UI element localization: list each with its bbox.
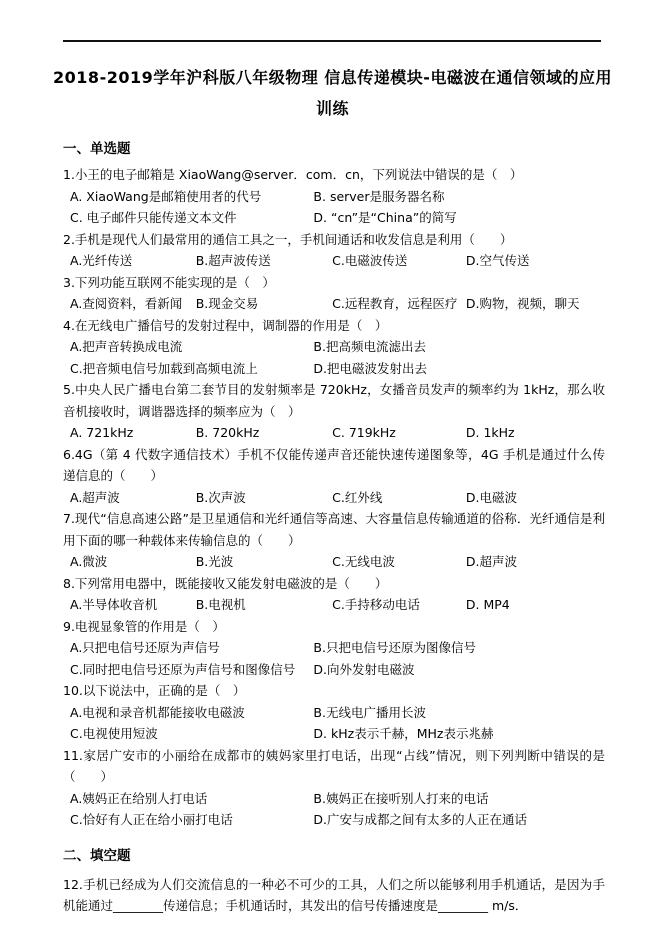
question-text: 9.电视显象管的作用是（ ）: [63, 616, 605, 638]
option-d: D.超声波: [466, 551, 605, 573]
option-c: C. 电子邮件只能传递文本文件: [70, 207, 313, 229]
question-text: 7.现代“信息高速公路”是卫星通信和光纤通信等高速、大容量信息传输通道的俗称．光…: [63, 508, 605, 551]
question-text: 8.下列常用电器中，既能接收又能发射电磁波的是（ ）: [63, 573, 605, 595]
option-a: A.光纤传送: [70, 250, 196, 272]
question-5: 5.中央人民广播电台第二套节目的发射频率是 720kHz，女播音员发声的频率约为…: [63, 379, 605, 444]
question-6: 6.4G（第 4 代数字通信技术）手机不仅能传递声音还能快速传递图象等，4G 手…: [63, 444, 605, 509]
question-options: A. XiaoWang是邮箱使用者的代号B. server是服务器名称C. 电子…: [63, 186, 605, 229]
option-a: A.查阅资料，看新闻: [70, 293, 196, 315]
option-c: C. 719kHz: [332, 422, 466, 444]
fill-questions: 12.手机已经成为人们交流信息的一种必不可少的工具，人们之所以能够利用手机通话，…: [63, 874, 605, 917]
option-b: B.姨妈正在接听别人打来的电话: [313, 788, 605, 810]
option-c: C.手持移动电话: [332, 594, 466, 616]
option-d: D.空气传送: [466, 250, 605, 272]
document-content: 一、单选题 1.小王的电子邮箱是 XiaoWang@server．com．cn，…: [0, 139, 661, 917]
question-4: 4.在无线电广播信号的发射过程中，调制器的作用是（ ）A.把声音转换成电流B.把…: [63, 315, 605, 380]
option-c: C.无线电波: [332, 551, 466, 573]
question-text: 3.下列功能互联网不能实现的是（ ）: [63, 272, 605, 294]
question-options: A.姨妈正在给别人打电话B.姨妈正在接听别人打来的电话C.恰好有人正在给小丽打电…: [63, 788, 605, 831]
option-a: A. XiaoWang是邮箱使用者的代号: [70, 186, 313, 208]
option-b: B.电视机: [196, 594, 332, 616]
question-12: 12.手机已经成为人们交流信息的一种必不可少的工具，人们之所以能够利用手机通话，…: [63, 874, 605, 917]
question-options: A.半导体收音机B.电视机C.手持移动电话D. MP4: [63, 594, 605, 616]
option-b: B.次声波: [196, 487, 332, 509]
option-b: B.无线电广播用长波: [313, 702, 605, 724]
option-b: B. 720kHz: [196, 422, 332, 444]
option-d: D.购物，视频，聊天: [466, 293, 605, 315]
option-a: A. 721kHz: [70, 422, 196, 444]
question-text: 5.中央人民广播电台第二套节目的发射频率是 720kHz，女播音员发声的频率约为…: [63, 379, 605, 422]
page-title: 2018-2019学年沪科版八年级物理 信息传递模块-电磁波在通信领域的应用训练: [46, 62, 619, 124]
option-c: C.同时把电信号还原为声信号和图像信号: [70, 659, 313, 681]
option-a: A.姨妈正在给别人打电话: [70, 788, 313, 810]
question-9: 9.电视显象管的作用是（ ）A.只把电信号还原为声信号B.只把电信号还原为图像信…: [63, 616, 605, 681]
option-b: B.现金交易: [196, 293, 332, 315]
question-1: 1.小王的电子邮箱是 XiaoWang@server．com．cn，下列说法中错…: [63, 164, 605, 229]
option-a: A.只把电信号还原为声信号: [70, 637, 313, 659]
option-b: B.只把电信号还原为图像信号: [313, 637, 605, 659]
question-text: 11.家居广安市的小丽给在成都市的姨妈家里打电话，出现“占线”情况，则下列判断中…: [63, 745, 605, 788]
option-a: A.超声波: [70, 487, 196, 509]
option-c: C.红外线: [332, 487, 466, 509]
question-options: A.电视和录音机都能接收电磁波B.无线电广播用长波C.电视使用短波D. kHz表…: [63, 702, 605, 745]
option-d: D. MP4: [466, 594, 605, 616]
header-rule: [63, 40, 601, 42]
question-text: 10.以下说法中，正确的是（ ）: [63, 680, 605, 702]
option-d: D. kHz表示千赫，MHz表示兆赫: [313, 723, 605, 745]
question-options: A. 721kHzB. 720kHzC. 719kHzD. 1kHz: [63, 422, 605, 444]
option-b: B.光波: [196, 551, 332, 573]
option-d: D.电磁波: [466, 487, 605, 509]
choice-questions: 1.小王的电子邮箱是 XiaoWang@server．com．cn，下列说法中错…: [63, 164, 605, 831]
question-text: 1.小王的电子邮箱是 XiaoWang@server．com．cn，下列说法中错…: [63, 164, 605, 186]
question-7: 7.现代“信息高速公路”是卫星通信和光纤通信等高速、大容量信息传输通道的俗称．光…: [63, 508, 605, 573]
question-options: A.查阅资料，看新闻B.现金交易C.远程教育，远程医疗D.购物，视频，聊天: [63, 293, 605, 315]
question-text: 12.手机已经成为人们交流信息的一种必不可少的工具，人们之所以能够利用手机通话，…: [63, 874, 605, 917]
option-a: A.把声音转换成电流: [70, 336, 313, 358]
option-c: C.远程教育，远程医疗: [332, 293, 466, 315]
option-b: B.把高频电流滤出去: [313, 336, 605, 358]
question-options: A.光纤传送B.超声波传送C.电磁波传送D.空气传送: [63, 250, 605, 272]
option-c: C.电视使用短波: [70, 723, 313, 745]
option-c: C.恰好有人正在给小丽打电话: [70, 809, 313, 831]
option-d: D.向外发射电磁波: [313, 659, 605, 681]
option-c: C.电磁波传送: [332, 250, 466, 272]
document-page: 2018-2019学年沪科版八年级物理 信息传递模块-电磁波在通信领域的应用训练…: [0, 0, 661, 936]
question-options: A.只把电信号还原为声信号B.只把电信号还原为图像信号C.同时把电信号还原为声信…: [63, 637, 605, 680]
question-text: 4.在无线电广播信号的发射过程中，调制器的作用是（ ）: [63, 315, 605, 337]
option-d: D.把电磁波发射出去: [313, 358, 605, 380]
option-d: D.广安与成都之间有太多的人正在通话: [313, 809, 605, 831]
question-text: 2.手机是现代人们最常用的通信工具之一，手机间通话和收发信息是利用（ ）: [63, 229, 605, 251]
option-d: D. 1kHz: [466, 422, 605, 444]
option-d: D. “cn”是“China”的简写: [313, 207, 605, 229]
option-a: A.半导体收音机: [70, 594, 196, 616]
question-2: 2.手机是现代人们最常用的通信工具之一，手机间通话和收发信息是利用（ ）A.光纤…: [63, 229, 605, 272]
section-heading-choice: 一、单选题: [63, 139, 605, 159]
question-options: A.把声音转换成电流B.把高频电流滤出去C.把音频电信号加载到高频电流上D.把电…: [63, 336, 605, 379]
question-11: 11.家居广安市的小丽给在成都市的姨妈家里打电话，出现“占线”情况，则下列判断中…: [63, 745, 605, 831]
question-text: 6.4G（第 4 代数字通信技术）手机不仅能传递声音还能快速传递图象等，4G 手…: [63, 444, 605, 487]
question-options: A.超声波B.次声波C.红外线D.电磁波: [63, 487, 605, 509]
option-a: A.电视和录音机都能接收电磁波: [70, 702, 313, 724]
option-b: B.超声波传送: [196, 250, 332, 272]
question-10: 10.以下说法中，正确的是（ ）A.电视和录音机都能接收电磁波B.无线电广播用长…: [63, 680, 605, 745]
section-heading-fill: 二、填空题: [63, 846, 605, 866]
question-8: 8.下列常用电器中，既能接收又能发射电磁波的是（ ）A.半导体收音机B.电视机C…: [63, 573, 605, 616]
option-a: A.微波: [70, 551, 196, 573]
question-3: 3.下列功能互联网不能实现的是（ ）A.查阅资料，看新闻B.现金交易C.远程教育…: [63, 272, 605, 315]
option-b: B. server是服务器名称: [313, 186, 605, 208]
option-c: C.把音频电信号加载到高频电流上: [70, 358, 313, 380]
question-options: A.微波B.光波C.无线电波D.超声波: [63, 551, 605, 573]
